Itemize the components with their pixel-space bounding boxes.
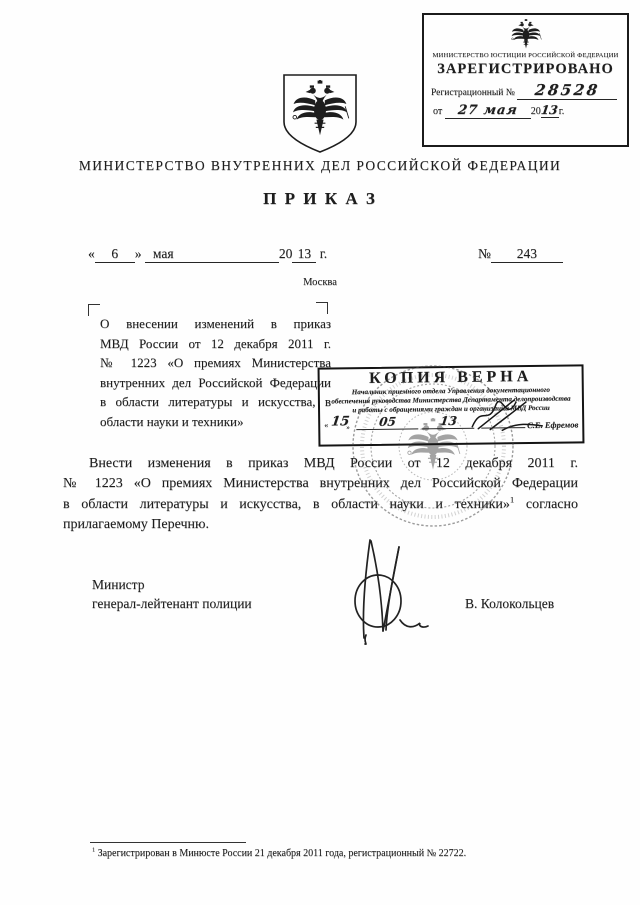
stamp-hand-month: 05 [378, 415, 396, 429]
body-line: прилагаемому Перечню. [63, 515, 578, 535]
year-underline: 13 [292, 246, 316, 263]
registration-number-underline: 28528 [517, 81, 617, 100]
footnote-marker: 1 [92, 847, 95, 854]
stamp-month-underline: 05 [356, 415, 418, 431]
month-value: мая [153, 246, 174, 261]
subject-line: О внесении изменений в приказ [100, 314, 331, 334]
minjust-registration-stamp: МИНИСТЕРСТВО ЮСТИЦИИ РОССИЙСКОЙ ФЕДЕРАЦИ… [422, 13, 629, 147]
year-unit: г. [320, 246, 327, 261]
city-label: Москва [0, 277, 640, 288]
copy-certified-stamp: КОПИЯ ВЕРНА Начальник приемного отдела У… [318, 364, 585, 446]
subject-block: О внесении изменений в приказ МВД России… [100, 314, 331, 432]
year-underline: 13 [541, 103, 559, 118]
stamp-hand-year: 13 [439, 414, 457, 428]
registration-number-line: Регистрационный № 28528 [424, 81, 627, 100]
ministry-title: МИНИСТЕРСТВО ВНУТРЕННИХ ДЕЛ РОССИЙСКОЙ Ф… [0, 158, 640, 174]
signer-name-group: С.Е. Ефремов [481, 420, 579, 431]
number-label: № [478, 246, 491, 261]
minister-signature [336, 537, 432, 647]
subject-line: МВД России от 12 декабря 2011 г. [100, 334, 331, 354]
body-paragraph: Внести изменения в приказ МВД России от … [63, 454, 578, 536]
subject-corner-mark-left [88, 304, 100, 316]
signer-position-line1: Министр [92, 577, 144, 593]
year-printed: 20 [279, 246, 293, 261]
footnote-rule [90, 842, 246, 843]
date-handwritten: 27 мая [457, 103, 519, 118]
number-value: 243 [517, 246, 537, 261]
signer-position-line2: генерал-лейтенант полиции [92, 596, 252, 612]
year-value: 13 [298, 246, 312, 261]
footnote: 1 Зарегистрирован в Минюсте России 21 де… [92, 848, 466, 859]
footnote-reference: 1 [510, 494, 514, 504]
coat-of-arms-emblem [279, 72, 361, 156]
body-line3-text: в области литературы и искусства, в обла… [63, 497, 510, 512]
month-underline: мая [145, 246, 279, 263]
date-underline: 27 мая [445, 103, 531, 119]
registration-date-line: от 27 мая2013г. [424, 103, 627, 119]
signer-line [481, 427, 525, 429]
day-underline: 6 [95, 246, 135, 263]
day-value: 6 [111, 246, 118, 261]
stamp-signature-row: « 15 » 05 13 С.Е. Ефремов [320, 413, 582, 436]
registration-number-label: Регистрационный № [431, 88, 515, 98]
body-line3-tail: согласно [526, 497, 578, 512]
subject-line: в области литературы и искусства, в [100, 392, 331, 412]
order-title: П Р И К А З [0, 189, 640, 209]
footnote-text: Зарегистрирован в Минюсте России 21 дека… [98, 848, 467, 859]
stamp-quote-open: « [324, 421, 328, 430]
year-handwritten: 13 [540, 103, 559, 117]
signer-name: С.Е. Ефремов [527, 420, 578, 431]
subject-line: № 1223 «О премиях Министерства [100, 353, 331, 373]
order-date-row: «6» мая2013 г. [88, 246, 327, 263]
stamp-year-underline: 13 [422, 414, 474, 430]
minjust-eagle-icon [507, 19, 545, 51]
order-number-row: №243 [478, 246, 563, 263]
subject-corner-mark-right [316, 302, 328, 314]
registration-number-value: 28528 [534, 81, 601, 99]
body-line: в области литературы и искусства, в обла… [63, 495, 578, 515]
body-line: № 1223 «О премиях Министерства внутренни… [63, 474, 578, 494]
minister-name: В. Колокольцев [465, 596, 554, 612]
minjust-ministry-line: МИНИСТЕРСТВО ЮСТИЦИИ РОССИЙСКОЙ ФЕДЕРАЦИ… [424, 52, 627, 59]
scanned-order-document: МИНИСТЕРСТВО ЮСТИЦИИ РОССИЙСКОЙ ФЕДЕРАЦИ… [0, 0, 640, 905]
quote-close: » [135, 246, 142, 261]
date-prefix: от [433, 106, 442, 117]
stamp-quote-close: » [346, 424, 350, 432]
year-unit: г. [559, 106, 564, 117]
subject-line: внутренних дел Российской Федерации [100, 373, 331, 393]
registered-label: ЗАРЕГИСТРИРОВАНО [424, 61, 627, 78]
body-line: Внести изменения в приказ МВД России от … [63, 454, 578, 474]
number-underline: 243 [491, 246, 563, 263]
subject-line: области науки и техники» [100, 412, 331, 432]
quote-open: « [88, 246, 95, 261]
